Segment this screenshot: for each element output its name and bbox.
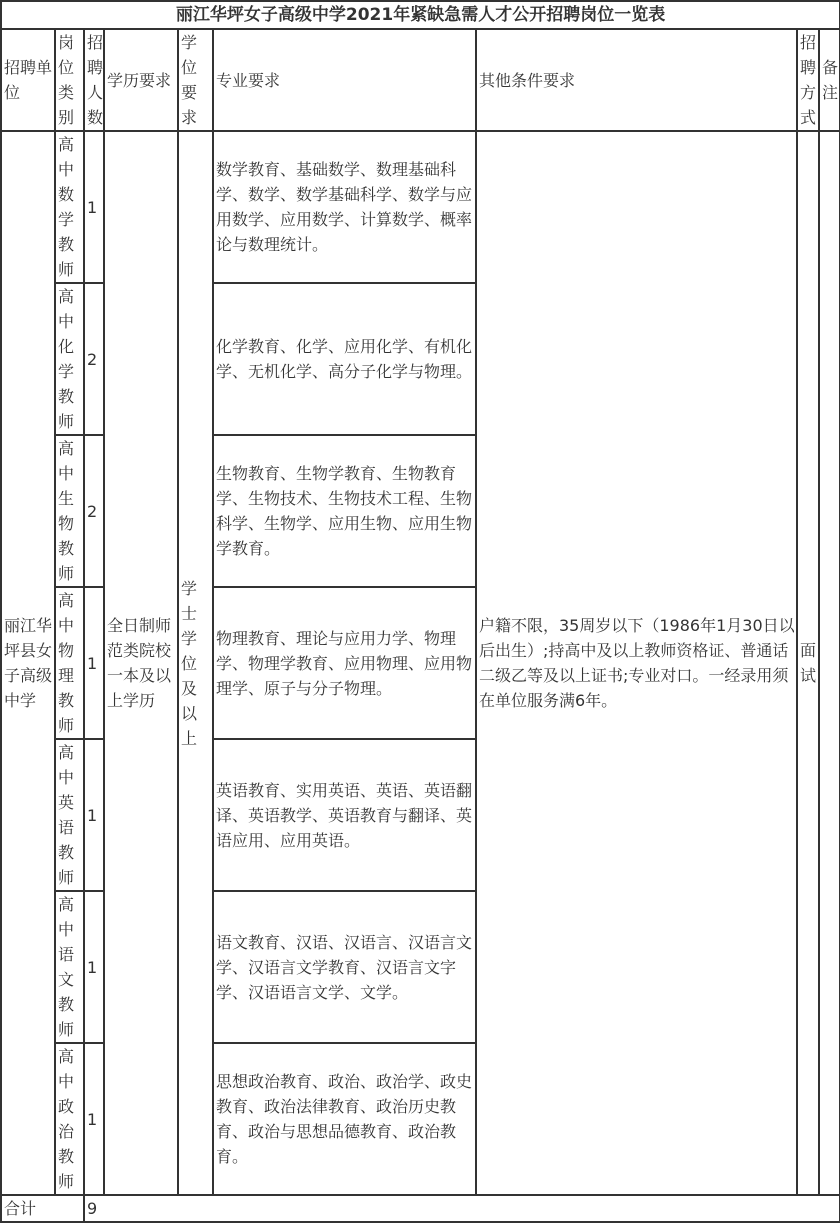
header-degree: 学位要求 [178, 29, 213, 131]
table-row: 丽江华坪县女子高级中学 高中数学教师 1 全日制师范类院校一本及以上学历 学士学… [1, 131, 840, 283]
count-cell: 2 [84, 435, 104, 587]
count-cell: 1 [84, 739, 104, 891]
total-value: 9 [84, 1195, 840, 1222]
page: 丽江华坪女子高级中学2021年紧缺急需人才公开招聘岗位一览表 招聘单位 岗位类别… [0, 0, 840, 1223]
header-count: 招聘人数 [84, 29, 104, 131]
major-cell: 生物教育、生物学教育、生物教育学、生物技术、生物技术工程、生物科学、生物学、应用… [213, 435, 476, 587]
category-cell: 高中英语教师 [55, 739, 84, 891]
header-education: 学历要求 [104, 29, 178, 131]
header-other: 其他条件要求 [476, 29, 797, 131]
unit-cell: 丽江华坪县女子高级中学 [1, 131, 55, 1195]
header-major: 专业要求 [213, 29, 476, 131]
total-row: 合计 9 [1, 1195, 840, 1222]
count-cell: 1 [84, 891, 104, 1043]
education-cell: 全日制师范类院校一本及以上学历 [104, 131, 178, 1195]
degree-cell: 学士学位及以上 [178, 131, 213, 1195]
major-cell: 物理教育、理论与应用力学、物理学、物理学教育、应用物理、应用物理学、原子与分子物… [213, 587, 476, 739]
header-category: 岗位类别 [55, 29, 84, 131]
header-method: 招聘方式 [797, 29, 819, 131]
header-remark: 备注 [819, 29, 840, 131]
other-requirements-cell: 户籍不限，35周岁以下（1986年1月30日以后出生）;持高中及以上教师资格证、… [476, 131, 797, 1195]
total-label: 合计 [1, 1195, 84, 1222]
count-cell: 1 [84, 587, 104, 739]
major-cell: 化学教育、化学、应用化学、有机化学、无机化学、高分子化学与物理。 [213, 283, 476, 435]
category-cell: 高中物理教师 [55, 587, 84, 739]
category-cell: 高中语文教师 [55, 891, 84, 1043]
major-cell: 英语教育、实用英语、英语、英语翻译、英语教学、英语教育与翻译、英语应用、应用英语… [213, 739, 476, 891]
count-cell: 2 [84, 283, 104, 435]
category-cell: 高中生物教师 [55, 435, 84, 587]
category-cell: 高中数学教师 [55, 131, 84, 283]
remark-cell [819, 131, 840, 1195]
category-cell: 高中政治教师 [55, 1043, 84, 1195]
major-cell: 数学教育、基础数学、数理基础科学、数学、数学基础科学、数学与应用数学、应用数学、… [213, 131, 476, 283]
recruitment-table: 丽江华坪女子高级中学2021年紧缺急需人才公开招聘岗位一览表 招聘单位 岗位类别… [0, 0, 840, 1223]
table-title: 丽江华坪女子高级中学2021年紧缺急需人才公开招聘岗位一览表 [1, 1, 840, 29]
count-cell: 1 [84, 131, 104, 283]
header-unit: 招聘单位 [1, 29, 55, 131]
method-cell: 面试 [797, 131, 819, 1195]
count-cell: 1 [84, 1043, 104, 1195]
category-cell: 高中化学教师 [55, 283, 84, 435]
major-cell: 思想政治教育、政治、政治学、政史教育、政治法律教育、政治历史教育、政治与思想品德… [213, 1043, 476, 1195]
major-cell: 语文教育、汉语、汉语言、汉语言文学、汉语言文学教育、汉语言文字学、汉语语言文学、… [213, 891, 476, 1043]
